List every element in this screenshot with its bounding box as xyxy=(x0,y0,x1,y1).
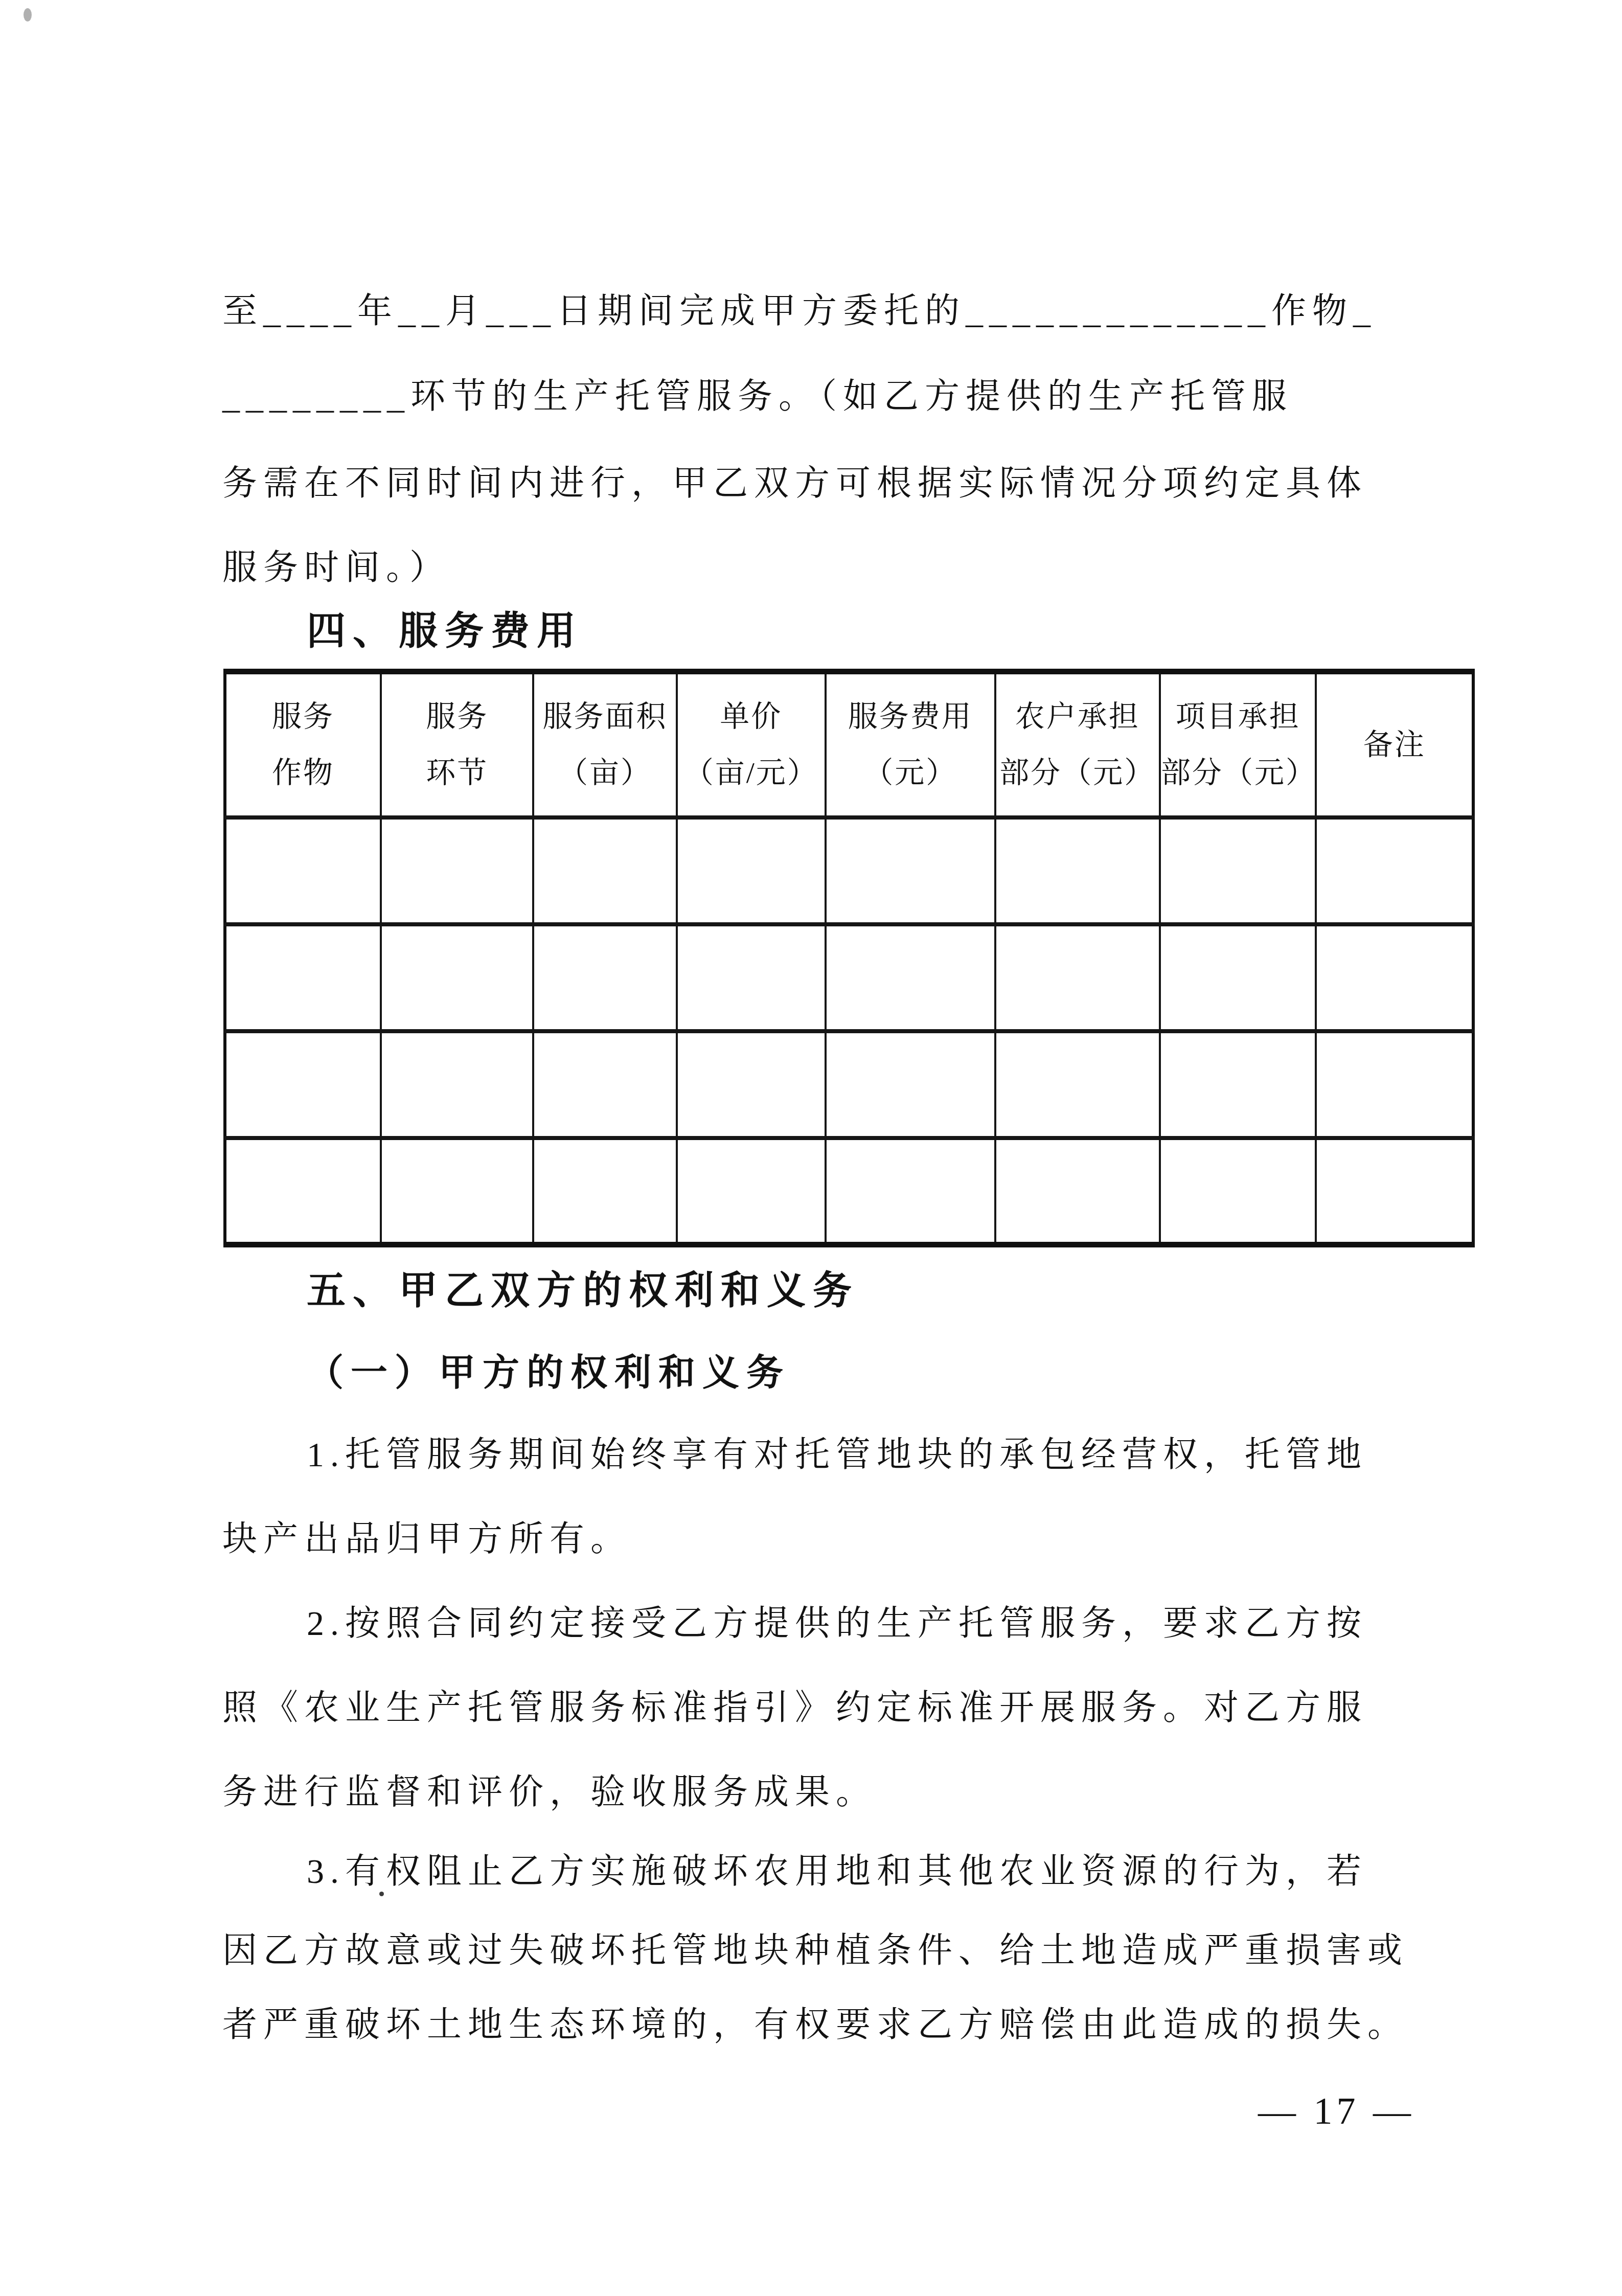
table-cell xyxy=(995,1031,1160,1138)
table-cell xyxy=(677,924,826,1031)
subsection-heading-party-a: （一）甲方的权利和义务 xyxy=(222,1329,1585,1416)
table-cell xyxy=(1316,1031,1473,1138)
section-heading-rights: 五、甲乙双方的权利和义务 xyxy=(222,1247,1585,1334)
table-cell xyxy=(995,1138,1160,1245)
table-cell xyxy=(826,817,995,924)
table-cell xyxy=(826,924,995,1031)
table-cell xyxy=(1160,1031,1316,1138)
table-cell xyxy=(1160,1138,1316,1245)
col-header-service-stage: 服务 环节 xyxy=(381,672,533,817)
paragraph-line: ________环节的生产托管服务。（如乙方提供的生产托管服 xyxy=(222,355,1500,437)
table-row xyxy=(225,1138,1473,1245)
table-cell xyxy=(677,817,826,924)
section-heading-fee: 四、服务费用 xyxy=(222,588,1585,675)
table-cell xyxy=(533,1031,677,1138)
scan-artifact-dot xyxy=(24,8,32,21)
clause-line: 因乙方故意或过失破坏托管地块种植条件、给土地造成严重损害或 xyxy=(222,1909,1500,1991)
col-header-service-fee: 服务费用 （元） xyxy=(826,672,995,817)
table-row xyxy=(225,817,1473,924)
table-cell xyxy=(1160,817,1316,924)
table-cell xyxy=(381,1138,533,1245)
clause-line: 块产出品归甲方所有。 xyxy=(222,1498,1500,1580)
table-cell xyxy=(995,817,1160,924)
col-header-service-area: 服务面积 （亩） xyxy=(533,672,677,817)
table-cell xyxy=(826,1138,995,1245)
table-cell xyxy=(225,1138,381,1245)
col-header-unit-price: 单价 （亩/元） xyxy=(677,672,826,817)
clause-line: 2.按照合同约定接受乙方提供的生产托管服务，要求乙方按 xyxy=(222,1582,1585,1664)
table-cell xyxy=(826,1031,995,1138)
table-cell xyxy=(225,924,381,1031)
col-header-project-share: 项目承担 部分（元） xyxy=(1160,672,1316,817)
table-row xyxy=(225,1031,1473,1138)
paragraph-line: 至____年__月___日期间完成甲方委托的_____________作物_ xyxy=(222,270,1500,352)
table-cell xyxy=(995,924,1160,1031)
col-header-remarks: 备注 xyxy=(1316,672,1473,817)
table-cell xyxy=(533,1138,677,1245)
table-cell xyxy=(1316,817,1473,924)
table-cell xyxy=(381,1031,533,1138)
clause-line: 3.有权阻止乙方实施破坏农用地和其他农业资源的行为，若 xyxy=(222,1830,1585,1912)
table-header-row: 服务 作物 服务 环节 服务面积 （亩） 单价 （亩/元） 服务费用 （元） 农… xyxy=(225,672,1473,817)
clause-line: 1.托管服务期间始终享有对托管地块的承包经营权，托管地 xyxy=(222,1414,1585,1495)
table-cell xyxy=(1316,924,1473,1031)
table-cell xyxy=(381,924,533,1031)
table-cell xyxy=(677,1031,826,1138)
table-cell xyxy=(533,817,677,924)
clause-line: 务进行监督和评价，验收服务成果。 xyxy=(222,1751,1500,1833)
table-cell xyxy=(381,817,533,924)
clause-line: 者严重破坏土地生态环境的，有权要求乙方赔偿由此造成的损失。 xyxy=(222,1984,1500,2065)
paragraph-line: 务需在不同时间内进行，甲乙双方可根据实际情况分项约定具体 xyxy=(222,442,1500,524)
table-cell xyxy=(225,1031,381,1138)
table-row xyxy=(225,924,1473,1031)
page-number: — 17 — xyxy=(1258,2073,1415,2150)
table-cell xyxy=(1160,924,1316,1031)
table-cell xyxy=(225,817,381,924)
clause-line: 照《农业生产托管服务标准指引》约定标准开展服务。对乙方服 xyxy=(222,1667,1500,1748)
table-cell xyxy=(677,1138,826,1245)
table-cell xyxy=(1316,1138,1473,1245)
col-header-farmer-share: 农户承担 部分（元） xyxy=(995,672,1160,817)
document-page: 至____年__月___日期间完成甲方委托的_____________作物_ _… xyxy=(0,0,1622,2296)
col-header-service-crop: 服务 作物 xyxy=(225,672,381,817)
service-fee-table: 服务 作物 服务 环节 服务面积 （亩） 单价 （亩/元） 服务费用 （元） 农… xyxy=(223,669,1475,1247)
table-cell xyxy=(533,924,677,1031)
